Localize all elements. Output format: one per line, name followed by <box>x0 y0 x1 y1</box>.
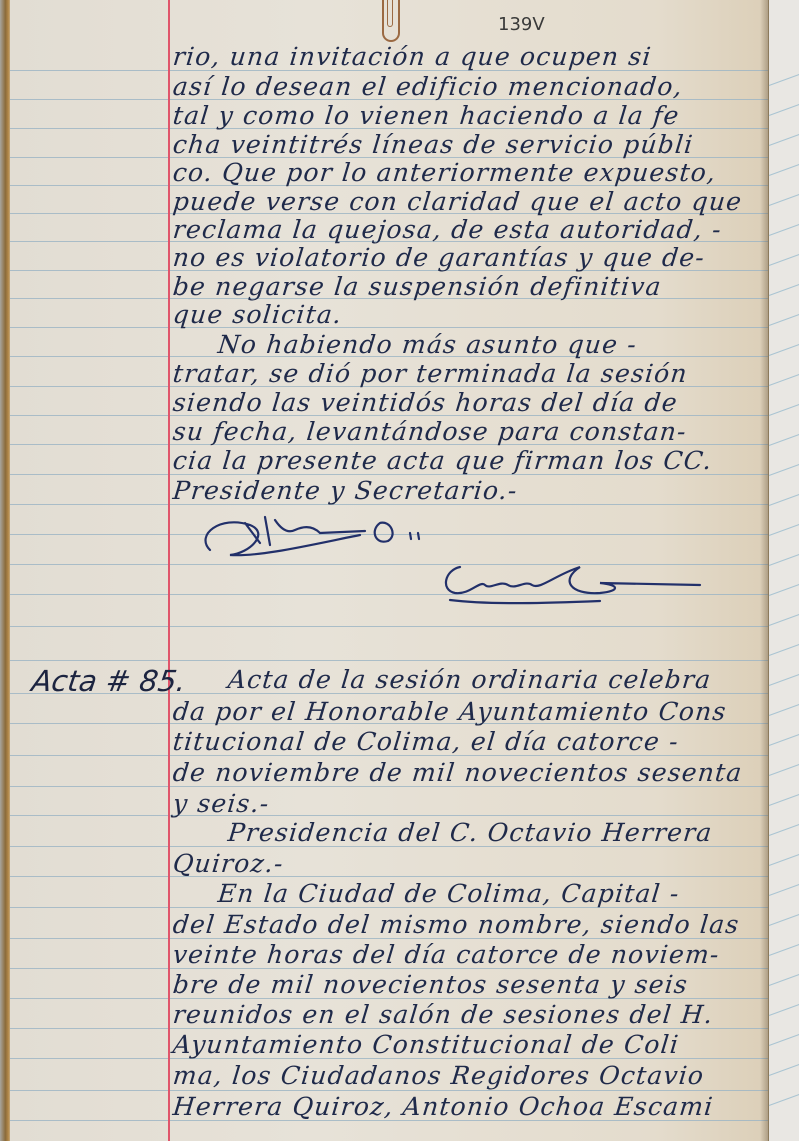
ruled-line <box>769 971 799 986</box>
ruled-line <box>10 660 768 661</box>
ledger-page: 139V rio, una invitación a que ocupen si… <box>10 0 768 1141</box>
ruled-line <box>10 327 768 328</box>
text-line: su fecha, levantándose para constan- <box>171 417 688 446</box>
ruled-line <box>769 101 799 116</box>
ruled-line <box>769 761 799 776</box>
ruled-line <box>10 1090 768 1091</box>
ruled-line <box>769 1001 799 1016</box>
paperclip-icon <box>382 0 400 42</box>
ruled-line <box>769 131 799 146</box>
ruled-line <box>769 881 799 896</box>
ruled-line <box>769 191 799 206</box>
red-margin-line <box>168 0 170 1141</box>
text-line: be negarse la suspensión definitiva <box>171 272 663 301</box>
ruled-line <box>769 821 799 836</box>
ruled-line <box>769 851 799 866</box>
page-edge-shadow <box>760 0 768 1141</box>
text-line: Presidencia del C. Octavio Herrera <box>226 818 714 847</box>
ruled-line <box>769 551 799 566</box>
text-line: reclama la quejosa, de esta autoridad, - <box>171 215 723 244</box>
ruled-line <box>769 641 799 656</box>
text-line: rio, una invitación a que ocupen si <box>171 42 653 71</box>
ruled-line <box>769 461 799 476</box>
ruled-line <box>769 671 799 686</box>
text-line: del Estado del mismo nombre, siendo las <box>171 910 741 939</box>
text-line: y seis.- <box>171 789 271 818</box>
ruled-line <box>769 1091 799 1106</box>
text-line: así lo desean el edificio mencionado, <box>171 72 684 101</box>
ruled-line <box>769 581 799 596</box>
text-line: veinte horas del día catorce de noviem- <box>171 940 721 969</box>
ruled-line <box>769 941 799 956</box>
act-number-label: Acta # 85. <box>30 664 189 698</box>
ruled-line <box>769 431 799 446</box>
text-line: Ayuntamiento Constitucional de Coli <box>171 1030 680 1059</box>
text-line: reunidos en el salón de sesiones del H. <box>171 1000 714 1029</box>
text-line: Acta de la sesión ordinaria celebra <box>226 665 712 694</box>
ruled-line <box>769 221 799 236</box>
text-line: tal y como lo vienen haciendo a la fe <box>171 101 681 130</box>
ruled-line <box>769 341 799 356</box>
ruled-line <box>769 371 799 386</box>
ruled-line <box>769 71 799 86</box>
ruled-line <box>10 626 768 627</box>
president-signature <box>190 505 430 565</box>
secretary-signature <box>430 555 720 610</box>
ruled-line <box>769 251 799 266</box>
text-line: ma, los Ciudadanos Regidores Octavio <box>171 1061 705 1090</box>
ruled-line <box>769 1031 799 1046</box>
ruled-line <box>769 491 799 506</box>
text-line: que solicita. <box>171 300 343 329</box>
ruled-line <box>769 521 799 536</box>
ruled-line <box>769 281 799 296</box>
ruled-line <box>10 876 768 877</box>
text-line: Presidente y Secretario.- <box>171 476 519 505</box>
ruled-line <box>10 815 768 816</box>
text-line: de noviembre de mil novecientos sesenta <box>171 758 744 787</box>
text-line: Herrera Quiroz, Antonio Ochoa Escami <box>171 1092 715 1121</box>
text-line: En la Ciudad de Colima, Capital - <box>216 879 681 908</box>
ruled-line <box>769 701 799 716</box>
text-line: siendo las veintidós horas del día de <box>171 388 679 417</box>
text-line: cia la presente acta que firman los CC. <box>171 446 713 475</box>
ruled-line <box>769 731 799 746</box>
ruled-line <box>769 791 799 806</box>
text-line: cha veintitrés líneas de servicio públi <box>171 130 695 159</box>
ruled-line <box>769 401 799 416</box>
ruled-line <box>769 911 799 926</box>
text-line: da por el Honorable Ayuntamiento Cons <box>171 697 728 726</box>
text-line: puede verse con claridad que el acto que <box>171 187 743 216</box>
text-line: no es violatorio de garantías y que de- <box>171 243 706 272</box>
page-number: 139V <box>498 14 545 35</box>
text-line: tratar, se dió por terminada la sesión <box>171 359 689 388</box>
text-line: co. Que por lo anteriormente expuesto, <box>171 158 717 187</box>
text-line: No habiendo más asunto que - <box>216 330 638 359</box>
text-line: titucional de Colima, el día catorce - <box>171 727 680 756</box>
text-line: bre de mil novecientos sesenta y seis <box>171 970 689 999</box>
ruled-line <box>769 611 799 626</box>
ruled-line <box>769 311 799 326</box>
ruled-line <box>769 1061 799 1076</box>
adjacent-page-edge <box>768 0 799 1141</box>
text-line: Quiroz.- <box>171 849 285 878</box>
ruled-line <box>769 161 799 176</box>
